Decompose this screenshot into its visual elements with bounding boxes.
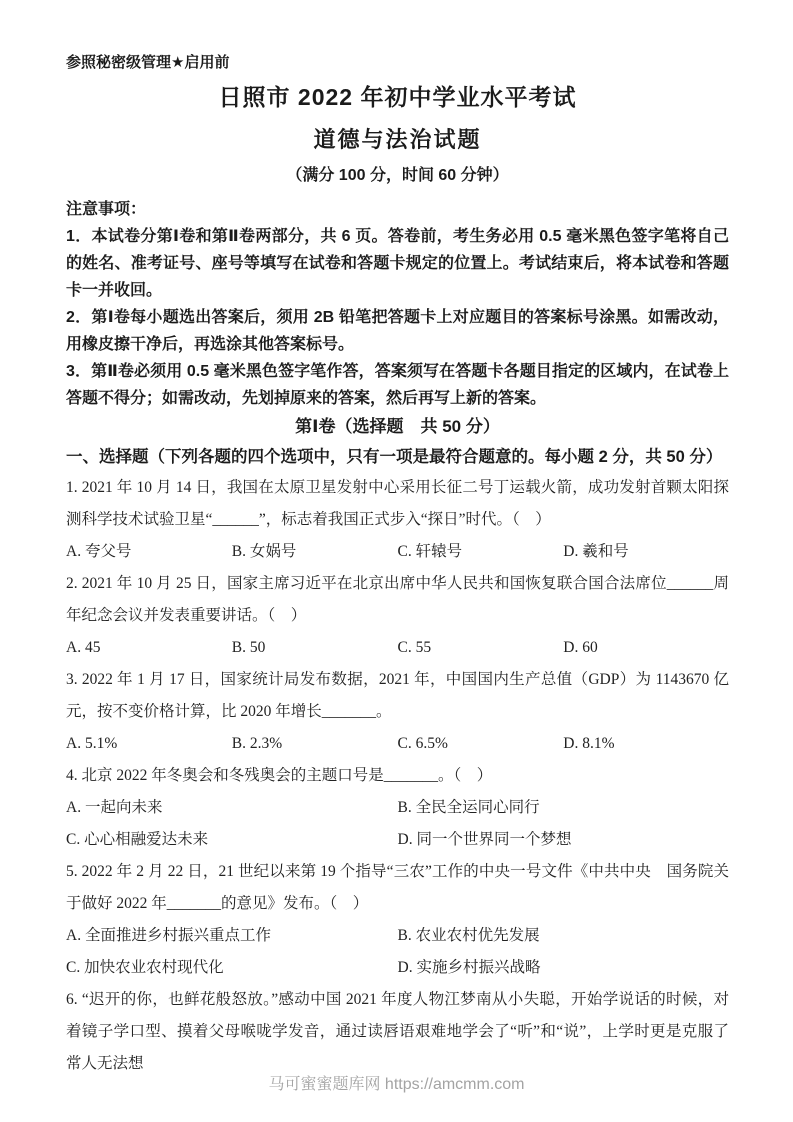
score-time-info: （满分 100 分，时间 60 分钟） bbox=[66, 164, 729, 188]
question-1-option-b: B. 女娲号 bbox=[232, 536, 398, 568]
question-block-4: 4. 北京 2022 年冬奥会和冬残奥会的主题口号是_______。（ ）A. … bbox=[66, 760, 729, 856]
question-2-stem: 2. 2021 年 10 月 25 日，国家主席习近平在北京出席中华人民共和国恢… bbox=[66, 568, 729, 632]
question-3-option-c: C. 6.5% bbox=[398, 728, 564, 760]
question-3-options: A. 5.1%B. 2.3%C. 6.5%D. 8.1% bbox=[66, 728, 729, 760]
source-watermark: 马可蜜蜜题库网 https://amcmm.com bbox=[0, 1074, 793, 1096]
notice-item-2: 2．第Ⅰ卷每小题选出答案后，须用 2B 铅笔把答题卡上对应题目的答案标号涂黑。如… bbox=[66, 304, 729, 358]
question-5-option-b: B. 农业农村优先发展 bbox=[398, 920, 730, 952]
question-1-option-d: D. 羲和号 bbox=[563, 536, 729, 568]
classification-notice: 参照秘密级管理★启用前 bbox=[66, 52, 729, 74]
question-1-options: A. 夸父号B. 女娲号C. 轩辕号D. 羲和号 bbox=[66, 536, 729, 568]
question-2-option-d: D. 60 bbox=[563, 632, 729, 664]
question-2-option-b: B. 50 bbox=[232, 632, 398, 664]
notice-item-3: 3．第Ⅱ卷必须用 0.5 毫米黑色签字笔作答，答案须写在答题卡各题目指定的区域内… bbox=[66, 358, 729, 412]
question-3-option-a: A. 5.1% bbox=[66, 728, 232, 760]
question-5-option-d: D. 实施乡村振兴战略 bbox=[398, 952, 730, 984]
question-1-option-c: C. 轩辕号 bbox=[398, 536, 564, 568]
question-4-option-c: C. 心心相融爱达未来 bbox=[66, 824, 398, 856]
question-4-option-b: B. 全民全运同心同行 bbox=[398, 792, 730, 824]
question-5-option-c: C. 加快农业农村现代化 bbox=[66, 952, 398, 984]
question-2-options: A. 45B. 50C. 55D. 60 bbox=[66, 632, 729, 664]
question-5-options: A. 全面推进乡村振兴重点工作B. 农业农村优先发展C. 加快农业农村现代化D.… bbox=[66, 920, 729, 984]
question-4-options: A. 一起向未来B. 全民全运同心同行C. 心心相融爱达未来D. 同一个世界同一… bbox=[66, 792, 729, 856]
questions: 1. 2021 年 10 月 14 日，我国在太原卫星发射中心采用长征二号丁运载… bbox=[66, 472, 729, 1080]
question-5-option-a: A. 全面推进乡村振兴重点工作 bbox=[66, 920, 398, 952]
question-block-5: 5. 2022 年 2 月 22 日，21 世纪以来第 19 个指导“三农”工作… bbox=[66, 856, 729, 984]
notices-label: 注意事项： bbox=[66, 196, 729, 223]
question-4-option-d: D. 同一个世界同一个梦想 bbox=[398, 824, 730, 856]
exam-title: 日照市 2022 年初中学业水平考试 bbox=[66, 82, 729, 112]
question-1-stem: 1. 2021 年 10 月 14 日，我国在太原卫星发射中心采用长征二号丁运载… bbox=[66, 472, 729, 536]
question-4-stem: 4. 北京 2022 年冬奥会和冬残奥会的主题口号是_______。（ ） bbox=[66, 760, 729, 792]
question-block-6: 6. “迟开的你，也鲜花般怒放。”感动中国 2021 年度人物江梦南从小失聪，开… bbox=[66, 984, 729, 1080]
notices-section: 注意事项： 1．本试卷分第Ⅰ卷和第Ⅱ卷两部分，共 6 页。答卷前，考生务必用 0… bbox=[66, 196, 729, 412]
question-3-option-b: B. 2.3% bbox=[232, 728, 398, 760]
question-block-2: 2. 2021 年 10 月 25 日，国家主席习近平在北京出席中华人民共和国恢… bbox=[66, 568, 729, 664]
question-4-option-a: A. 一起向未来 bbox=[66, 792, 398, 824]
question-3-option-d: D. 8.1% bbox=[563, 728, 729, 760]
multiple-choice-instruction: 一、选择题（下列各题的四个选项中，只有一项是最符合题意的。每小题 2 分，共 5… bbox=[66, 442, 729, 472]
exam-paper-page: 参照秘密级管理★启用前 日照市 2022 年初中学业水平考试 道德与法治试题 （… bbox=[0, 0, 793, 1122]
question-3-stem: 3. 2022 年 1 月 17 日，国家统计局发布数据，2021 年，中国国内… bbox=[66, 664, 729, 728]
question-1-option-a: A. 夸父号 bbox=[66, 536, 232, 568]
question-block-1: 1. 2021 年 10 月 14 日，我国在太原卫星发射中心采用长征二号丁运载… bbox=[66, 472, 729, 568]
question-2-option-c: C. 55 bbox=[398, 632, 564, 664]
question-6-stem: 6. “迟开的你，也鲜花般怒放。”感动中国 2021 年度人物江梦南从小失聪，开… bbox=[66, 984, 729, 1080]
section-1-title: 第Ⅰ卷（选择题 共 50 分） bbox=[66, 412, 729, 442]
notice-item-1: 1．本试卷分第Ⅰ卷和第Ⅱ卷两部分，共 6 页。答卷前，考生务必用 0.5 毫米黑… bbox=[66, 223, 729, 304]
question-2-option-a: A. 45 bbox=[66, 632, 232, 664]
subject-title: 道德与法治试题 bbox=[66, 126, 729, 154]
question-block-3: 3. 2022 年 1 月 17 日，国家统计局发布数据，2021 年，中国国内… bbox=[66, 664, 729, 760]
question-5-stem: 5. 2022 年 2 月 22 日，21 世纪以来第 19 个指导“三农”工作… bbox=[66, 856, 729, 920]
